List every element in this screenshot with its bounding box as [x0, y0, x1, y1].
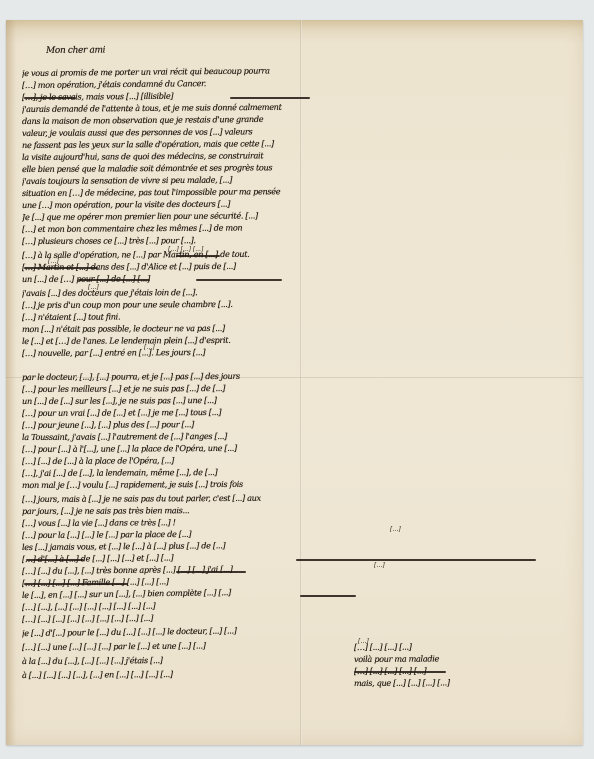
lines-line: ne fassent pas les yeux sur la salle d'o…	[22, 138, 318, 150]
lines-line: […], j'ai [...] de [...], la lendemain, …	[22, 466, 398, 478]
interlinear-insertion: […]	[358, 638, 369, 645]
strikethrough-mark	[26, 559, 84, 561]
lines-line: […] je pris d'un coup mon pour une seule…	[22, 298, 352, 310]
lines-line: valeur, je voulais aussi que des personn…	[22, 126, 294, 138]
lines-line: […] pour un vrai [...] de [...] et [...]…	[22, 406, 378, 418]
lines-line: […] vous [...] la vie [...] dans ce très…	[22, 517, 282, 528]
lines-line: […] pour [...] à l'[...], une [...] la p…	[22, 442, 398, 454]
strikethrough-mark	[196, 279, 282, 281]
lines-line: par jours, [...] je ne sais pas très bie…	[22, 505, 282, 516]
strikethrough-mark	[296, 559, 536, 561]
lines-line: par le docteur, [...], [...] pourra, et …	[22, 370, 372, 382]
interlinear-insertion: […]	[374, 562, 385, 569]
lines-line: […] n'étaient [...] tout fini.	[22, 311, 242, 322]
lines-line: […] pour jeune [...], [...] plus des [..…	[22, 418, 378, 430]
lines-line: le [...] et […] de l'anes. Le lendemain …	[22, 334, 398, 346]
lines-line: […] [...] de [...] à la place de l'Opéra…	[22, 454, 398, 466]
lines-line: mon mal je […] voulu [...] rapidement, j…	[22, 478, 398, 490]
strikethrough-mark	[230, 97, 310, 99]
strikethrough-mark	[354, 671, 446, 673]
lines-line: j'avais [...] des docteurs que j'étais l…	[22, 286, 382, 298]
interlinear-insertion: […]	[88, 284, 99, 291]
strikethrough-mark	[24, 583, 128, 585]
lines-line: […] pour les meilleurs [...] et je ne su…	[22, 382, 372, 394]
lines-line: un [...] de […] pour [...] de [...] [...…	[22, 272, 402, 284]
lines-line: […] plusieurs choses ce [...] très [...]…	[22, 234, 322, 246]
right_column_lines-line: voilà pour ma maladie	[354, 653, 474, 664]
right_column_lines-line: […] [...] [...] [...]	[354, 641, 474, 652]
strikethrough-mark	[176, 571, 246, 573]
right_column_lines-line: mais, que [...] [...] [...] [...]	[354, 677, 518, 688]
lines-line: […] à la salle d'opération, ne [...] par…	[22, 248, 418, 260]
lines-line: elle bien pensé que la maladie soit démo…	[22, 162, 318, 174]
strikethrough-mark	[24, 267, 98, 269]
lines-line: mon [...] n'était pas possible, le docte…	[22, 322, 398, 334]
lines-line: la visite aujourd'hui, sans de quoi des …	[22, 150, 318, 162]
strikethrough-mark	[24, 97, 76, 99]
interlinear-insertion: […]	[48, 258, 59, 265]
lines-line: un [...] de [...] sur les [...], je ne s…	[22, 394, 378, 406]
lines-line: […] jours, mais à [...] je ne sais pas d…	[22, 492, 398, 504]
strikethrough-mark	[176, 255, 220, 257]
interlinear-insertion: […]	[390, 526, 401, 533]
lines-line: j'avais toujours la sensation de vivre s…	[22, 174, 312, 186]
strikethrough-mark	[300, 595, 356, 597]
lines-line: à la [...] du [...], [...] [...] [...] j…	[22, 654, 322, 666]
interlinear-insertion: […] [...] [...]	[168, 246, 203, 253]
lines-line: […] nouvelle, par [...] entré en [...]. …	[22, 346, 398, 358]
lines-line: la Toussaint, j'avais [...] l'autrement …	[22, 430, 392, 442]
letter-greeting: Mon cher ami	[46, 45, 105, 56]
strikethrough-mark	[78, 279, 150, 281]
interlinear-insertion: […]	[144, 344, 155, 351]
